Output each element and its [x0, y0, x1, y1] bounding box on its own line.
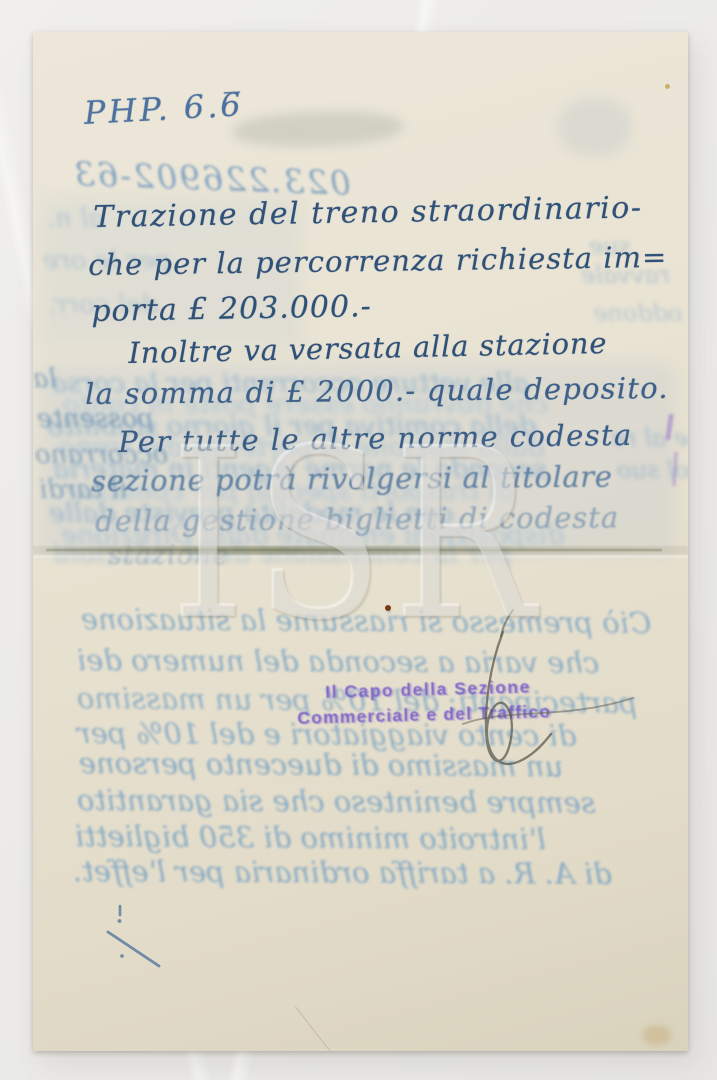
line-text: porta £ 203.000.- [91, 289, 372, 329]
bleed-text: di A. R. a tariffa ordinaria per l'effet… [73, 854, 612, 891]
document-page: alle vetture occorrenti per la corsa che… [33, 32, 688, 1051]
archival-code: PHP. 6.6̅ [83, 86, 244, 132]
bleed-text: oddone [593, 299, 682, 327]
closing-mark [93, 904, 183, 994]
paper-speck [665, 84, 670, 89]
bleed-text: l'introito minimo di 350 biglietti [75, 819, 546, 856]
bleed-fragment: la [33, 364, 57, 394]
archival-code-text: PHP. 6.6̅ [83, 86, 244, 132]
watermark-text: ISR [171, 399, 544, 672]
photo-background: alle vetture occorrenti per la corsa che… [0, 0, 717, 1080]
bleed-line: l'introito minimo di 350 biglietti [75, 819, 546, 856]
handwritten-line: porta £ 203.000.- [91, 289, 372, 329]
gray-smudge [232, 109, 403, 149]
bleed-line: di A. R. a tariffa ordinaria per l'effet… [73, 854, 612, 891]
stain [643, 1025, 671, 1045]
bleed-text: la [33, 364, 57, 394]
minor-crease [295, 1006, 330, 1051]
bleed-fragment: oddone [593, 299, 682, 327]
faint-smudge [558, 98, 632, 156]
watermark: ISR [171, 430, 544, 642]
